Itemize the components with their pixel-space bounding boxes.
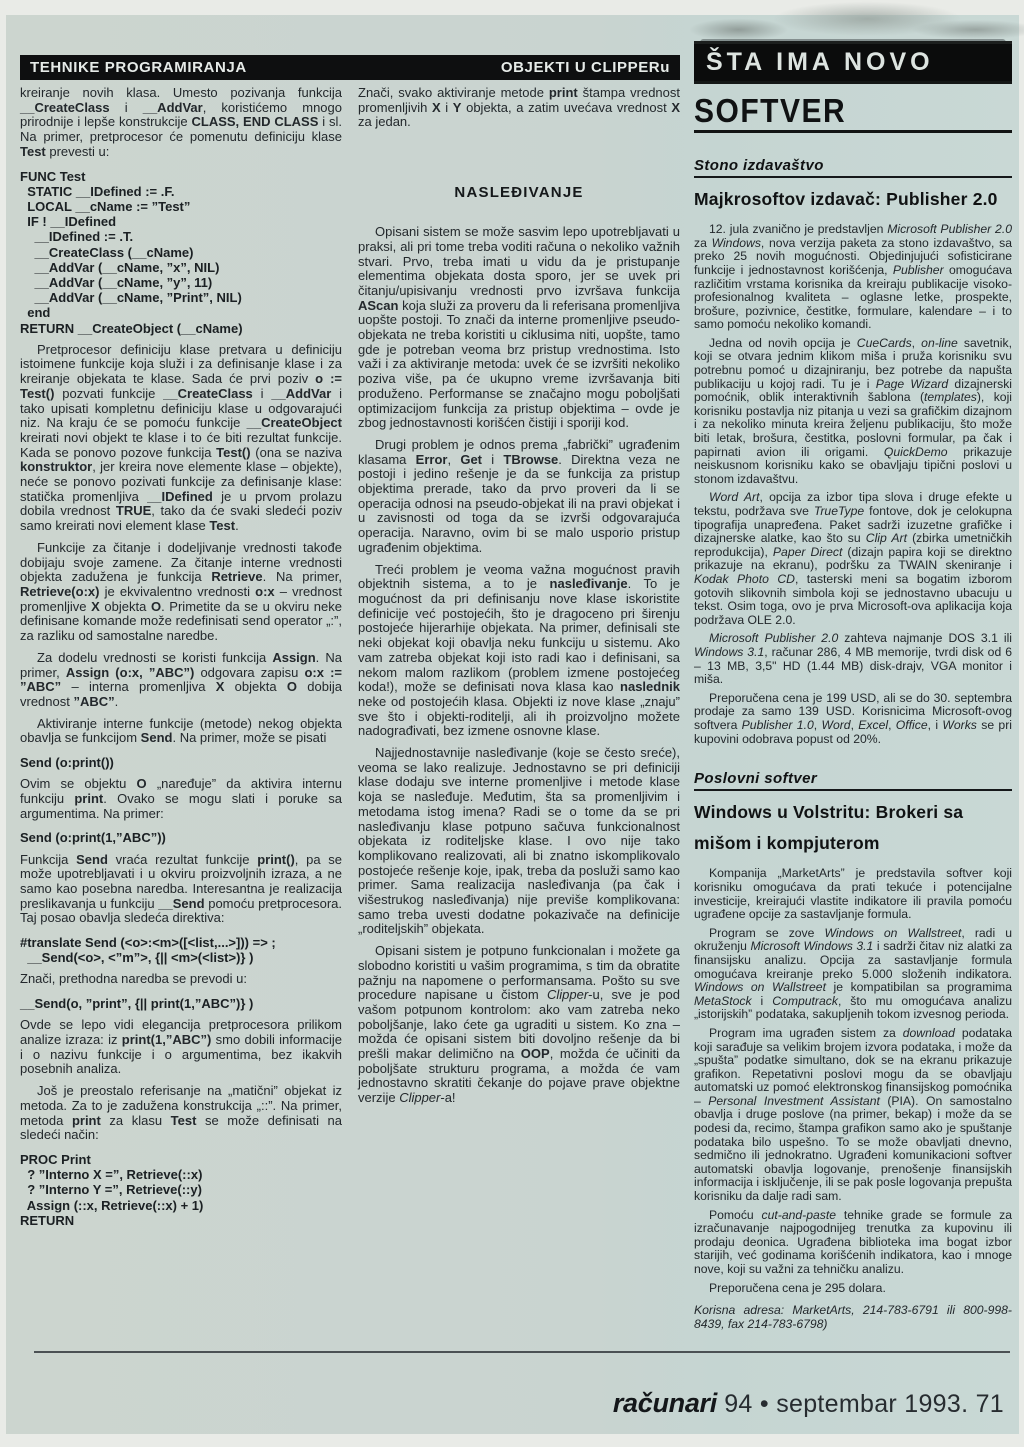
paragraph: Pretprocesor definiciju klase pretvara u… xyxy=(20,343,342,534)
paragraph: Pomoću cut-and-paste tehnike grade se fo… xyxy=(694,1209,1012,1277)
paragraph: Treći problem je veoma važna mogućnost p… xyxy=(358,563,680,739)
paragraph: Microsoft Publisher 2.0 zahteva najmanje… xyxy=(694,632,1012,686)
footer-issue-number: 94 xyxy=(724,1390,752,1418)
paragraph: Znači, svako aktiviranje metode print št… xyxy=(358,86,680,130)
section-header-bar: TEHNIKE PROGRAMIRANJA OBJEKTI U CLIPPERu xyxy=(20,55,680,80)
news-banner-label: ŠTA IMA NOVO xyxy=(706,48,934,77)
page-footer: računari 94 • septembar 1993. 71 xyxy=(613,1388,1004,1419)
paragraph: Program se zove Windows on Wallstreet, r… xyxy=(694,927,1012,1022)
paragraph: Opisani sistem se može sasvim lepo upotr… xyxy=(358,225,680,431)
center-heading: NASLEĐIVANJE xyxy=(358,184,680,201)
paragraph: Funkcija Send vraća rezultat funkcije pr… xyxy=(20,853,342,927)
address: Korisna adresa: MarketArts, 214-783-6791… xyxy=(694,1304,1012,1331)
paragraph: Word Art, opcija za izbor tipa slova i d… xyxy=(694,491,1012,627)
paragraph: Funkcije za čitanje i dodeljivanje vredn… xyxy=(20,541,342,644)
section-title: TEHNIKE PROGRAMIRANJA xyxy=(30,59,247,76)
paragraph: Opisani sistem je potpuno funkcionalan i… xyxy=(358,944,680,1106)
code-block: __Send(o, ”print”, {|| print(1,”ABC”)} ) xyxy=(20,996,342,1011)
paragraph: Preporučena cena je 199 USD, ali se do 3… xyxy=(694,692,1012,746)
headline: Majkrosoftov izdavač: Publisher 2.0 xyxy=(694,184,1012,215)
paragraph: Kompanija „MarketArts” je predstavila so… xyxy=(694,867,1012,921)
paragraph: Ovim se objektu O „naređuje” da aktivira… xyxy=(20,777,342,821)
kicker: Stono izdavaštvo xyxy=(694,157,1012,174)
paragraph: Znači, prethodna naredba se prevodi u: xyxy=(20,972,342,987)
paragraph: Najjednostavnije nasleđivanje (koje se č… xyxy=(358,746,680,937)
footer-date: septembar 1993. xyxy=(776,1390,968,1418)
softver-logo: SOFTVER xyxy=(694,93,1012,131)
paragraph: Jedna od novih opcija je CueCards, on-li… xyxy=(694,337,1012,487)
paragraph: Aktiviranje interne funkcije (metode) ne… xyxy=(20,717,342,746)
article-column-2: Znači, svako aktiviranje metode print št… xyxy=(358,86,680,1106)
paragraph: Drugi problem je odnos prema „fabrički” … xyxy=(358,438,680,556)
footer-rule xyxy=(34,1351,1010,1353)
code-block: PROC Print ? ”Interno X =”, Retrieve(::x… xyxy=(20,1152,342,1228)
kicker-rule xyxy=(694,789,1012,791)
paragraph: kreiranje novih klasa. Umesto pozivanja … xyxy=(20,86,342,160)
code-block: FUNC Test STATIC __IDefined := .F. LOCAL… xyxy=(20,169,342,336)
paragraph: Za dodelu vrednosti se koristi funkcija … xyxy=(20,651,342,710)
headline: Windows u Volstritu: Brokeri sa mišom i … xyxy=(694,797,1012,859)
news-banner: ŠTA IMA NOVO xyxy=(694,44,1012,81)
paragraph: Ovde se lepo vidi elegancija pretproceso… xyxy=(20,1018,342,1077)
footer-page-number: 71 xyxy=(976,1390,1004,1418)
paragraph: Još je preostalo referisanje na „matični… xyxy=(20,1084,342,1143)
code-block: Send (o:print(1,”ABC”)) xyxy=(20,830,342,845)
code-block: Send (o:print()) xyxy=(20,755,342,770)
kicker-rule xyxy=(694,176,1012,178)
news-column: ŠTA IMA NOVO SOFTVER Stono izdavaštvoMaj… xyxy=(694,44,1012,1331)
paragraph: Program ima ugrađen sistem za download p… xyxy=(694,1027,1012,1204)
code-block: #translate Send (<o>:<m>([<list,...>])) … xyxy=(20,935,342,965)
news-blocks: Stono izdavaštvoMajkrosoftov izdavač: Pu… xyxy=(694,157,1012,1331)
article-column-1: kreiranje novih klasa. Umesto pozivanja … xyxy=(20,86,342,1235)
paragraph: 12. jula zvanično je predstavljen Micros… xyxy=(694,223,1012,332)
article-title: OBJEKTI U CLIPPERu xyxy=(501,59,670,76)
footer-separator: • xyxy=(760,1390,769,1418)
footer-magazine-name: računari xyxy=(613,1388,717,1418)
kicker: Poslovni softver xyxy=(694,770,1012,787)
paragraph: Preporučena cena je 295 dolara. xyxy=(694,1282,1012,1296)
